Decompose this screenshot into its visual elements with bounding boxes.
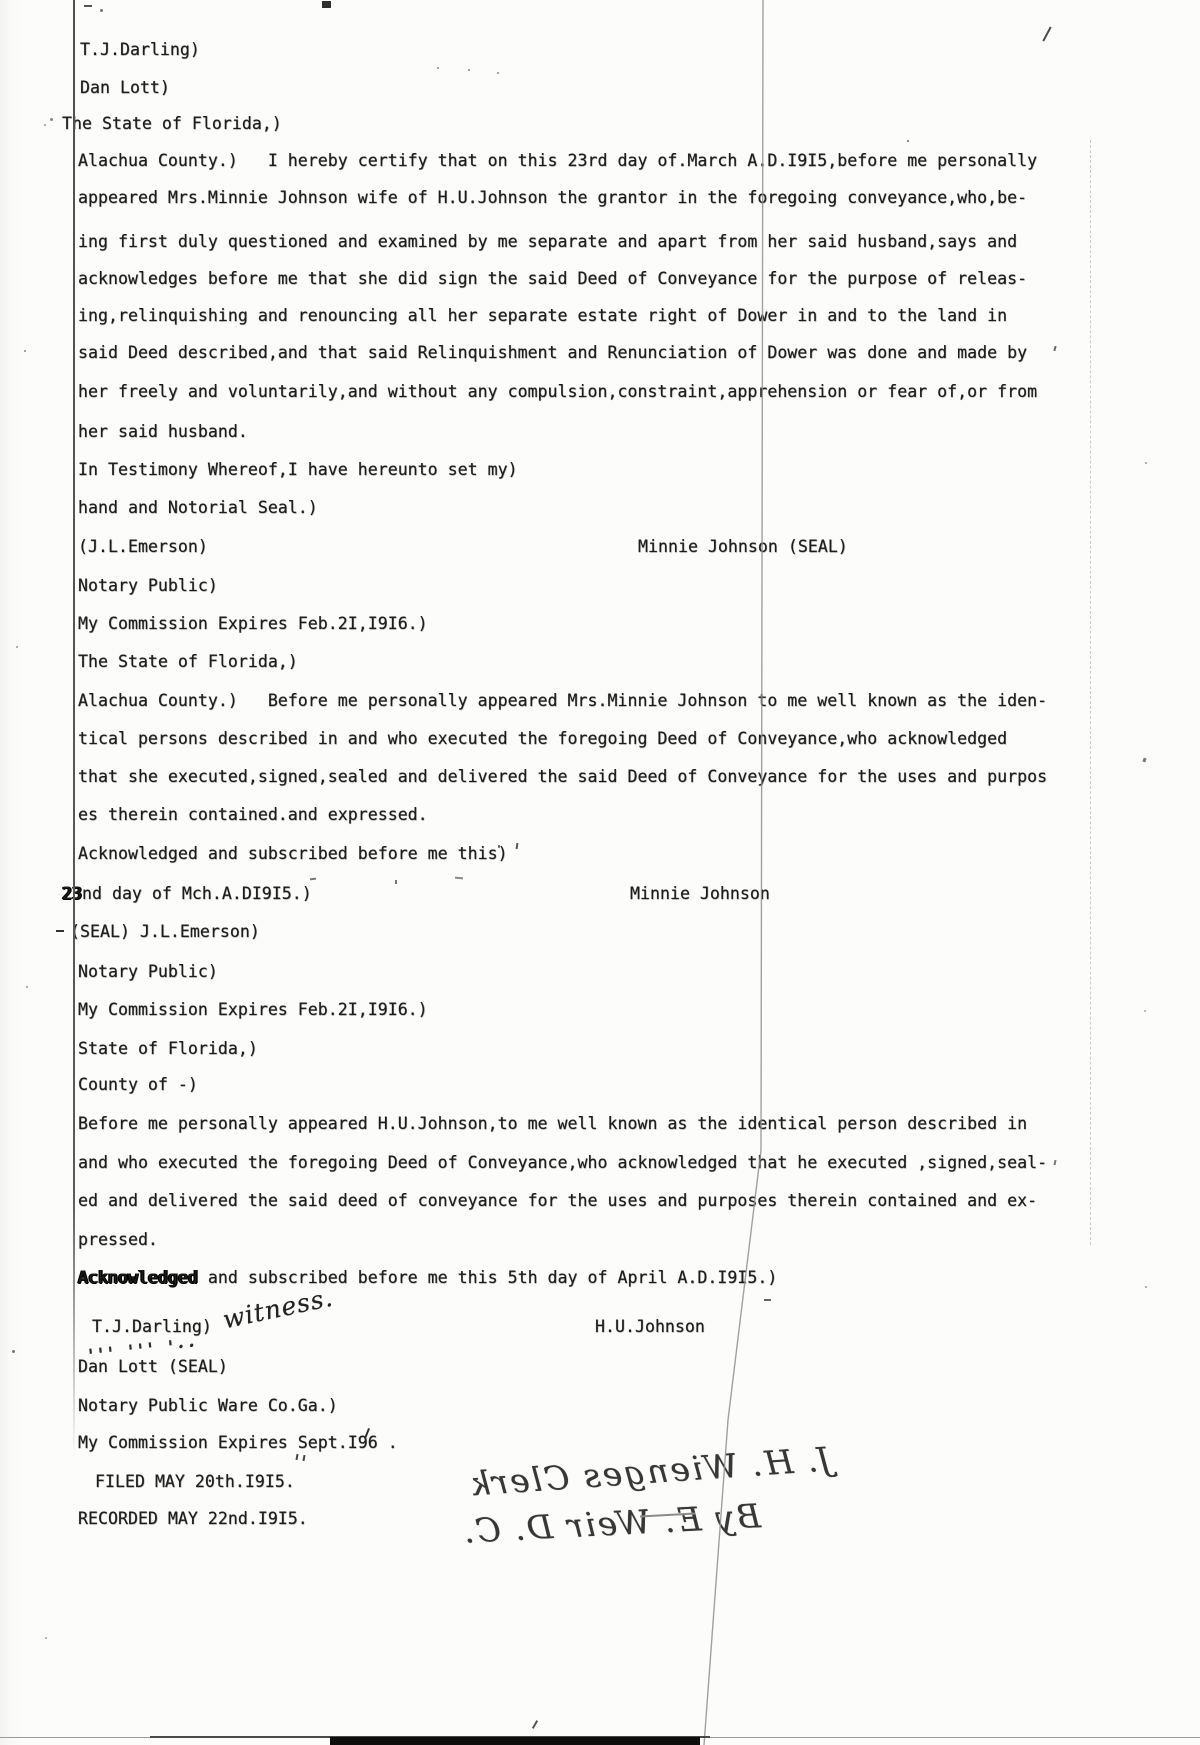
scan-speck xyxy=(1145,462,1147,464)
scan-speck xyxy=(516,843,519,849)
typed-line: State of Florida,) xyxy=(78,1039,258,1059)
typed-line: FILED MAY 20th.I9I5. xyxy=(95,1472,295,1492)
scanned-document-page: T.J.Darling)Dan Lott)The State of Florid… xyxy=(0,0,1200,1745)
scan-speck xyxy=(764,1299,771,1301)
typed-line: My Commission Expires Feb.2I,I9I6.) xyxy=(78,614,428,634)
typed-line: The State of Florida,) xyxy=(78,652,298,672)
typed-line: My Commission Expires Feb.2I,I9I6.) xyxy=(78,1000,428,1020)
left-margin-line xyxy=(73,0,75,1458)
typed-line: that she executed,signed,sealed and deli… xyxy=(78,767,1047,787)
scan-speck xyxy=(1054,1160,1057,1165)
scan-speck xyxy=(322,1,331,8)
typed-line: 23nd day of Mch.A.DI9I5.) xyxy=(62,884,312,904)
scan-speck xyxy=(56,930,64,932)
typed-line: Minnie Johnson (SEAL) xyxy=(638,537,848,557)
typed-line: Notary Public) xyxy=(78,962,218,982)
typed-line: Minnie Johnson xyxy=(630,884,770,904)
scan-speck xyxy=(295,1454,298,1460)
typed-line: The State of Florida,) xyxy=(62,114,282,134)
typed-line: (J.L.Emerson) xyxy=(78,537,208,557)
scan-speck xyxy=(395,880,397,884)
scan-speck xyxy=(24,350,26,352)
scan-speck xyxy=(50,118,53,121)
typed-line: My Commission Expires Sept.I96 . xyxy=(78,1433,398,1453)
scan-speck xyxy=(1053,346,1056,351)
scan-speck xyxy=(907,140,909,142)
typed-line: hand and Notorial Seal.) xyxy=(78,498,318,518)
typed-line: Before me personally appeared H.U.Johnso… xyxy=(78,1114,1027,1134)
typed-line: ed and delivered the said deed of convey… xyxy=(78,1191,1037,1211)
handwritten-deputy-signature: By E. Weir D. C. xyxy=(461,1496,761,1551)
scan-speck xyxy=(532,1720,538,1729)
scan-speck xyxy=(455,877,463,880)
scan-speck xyxy=(44,124,46,126)
typed-line: H.U.Johnson xyxy=(595,1317,705,1337)
typed-line: appeared Mrs.Minnie Johnson wife of H.U.… xyxy=(78,188,1027,208)
scan-speck xyxy=(12,1350,15,1353)
typed-line: ing,relinquishing and renouncing all her… xyxy=(78,306,1007,326)
typed-line: Acknowledged and subscribed before me th… xyxy=(78,844,508,864)
typed-line: Notary Public) xyxy=(78,576,218,596)
typed-line: T.J.Darling) xyxy=(80,40,200,60)
scan-speck xyxy=(1042,26,1051,41)
scan-speck xyxy=(437,67,439,69)
scan-speck xyxy=(302,1455,305,1461)
typed-line: RECORDED MAY 22nd.I9I5. xyxy=(78,1509,308,1529)
typed-line: and who executed the foregoing Deed of C… xyxy=(78,1153,1047,1173)
overstruck-text: Acknowledged xyxy=(78,1268,198,1287)
typed-line: (SEAL) J.L.Emerson) xyxy=(70,922,260,942)
typed-line: her said husband. xyxy=(78,422,248,442)
typed-line: her freely and voluntarily,and without a… xyxy=(78,382,1037,402)
right-faint-line xyxy=(1090,140,1091,1245)
typed-line: Alachua County.) Before me personally ap… xyxy=(78,691,1047,711)
scan-speck xyxy=(1145,1286,1147,1288)
typed-line: es therein contained.and expressed. xyxy=(78,805,428,825)
scan-speck xyxy=(468,69,470,71)
typed-line: Notary Public Ware Co.Ga.) xyxy=(78,1396,338,1416)
scan-speck xyxy=(498,845,500,848)
typed-line: Alachua County.) I hereby certify that o… xyxy=(78,151,1037,171)
typed-line: acknowledges before me that she did sign… xyxy=(78,269,1027,289)
handwritten-witness-note: witness. xyxy=(220,1283,336,1335)
scan-speck xyxy=(45,1637,47,1639)
typed-line: County of -) xyxy=(78,1075,198,1095)
scan-speck xyxy=(310,878,316,881)
typed-line: pressed. xyxy=(78,1230,158,1250)
handwritten-clerk-signature: J. H. Wienges Clerk xyxy=(467,1439,832,1503)
typed-line: Acknowledged and subscribed before me th… xyxy=(78,1268,777,1288)
typed-line: tical persons described in and who execu… xyxy=(78,729,1007,749)
scan-speck xyxy=(26,986,28,988)
typed-line: Dan Lott) xyxy=(80,78,170,98)
scan-speck xyxy=(100,9,103,12)
typed-line: said Deed described,and that said Relinq… xyxy=(78,343,1027,363)
scan-speck xyxy=(1144,1010,1146,1012)
scan-speck xyxy=(84,5,92,7)
typed-line: In Testimony Whereof,I have hereunto set… xyxy=(78,460,518,480)
bottom-black-bar xyxy=(330,1737,700,1745)
scan-speck xyxy=(1142,758,1146,763)
typed-line: ing first duly questioned and examined b… xyxy=(78,232,1017,252)
scan-speck xyxy=(497,72,499,74)
overstruck-text: 23 xyxy=(62,884,82,903)
scan-speck xyxy=(16,646,18,648)
